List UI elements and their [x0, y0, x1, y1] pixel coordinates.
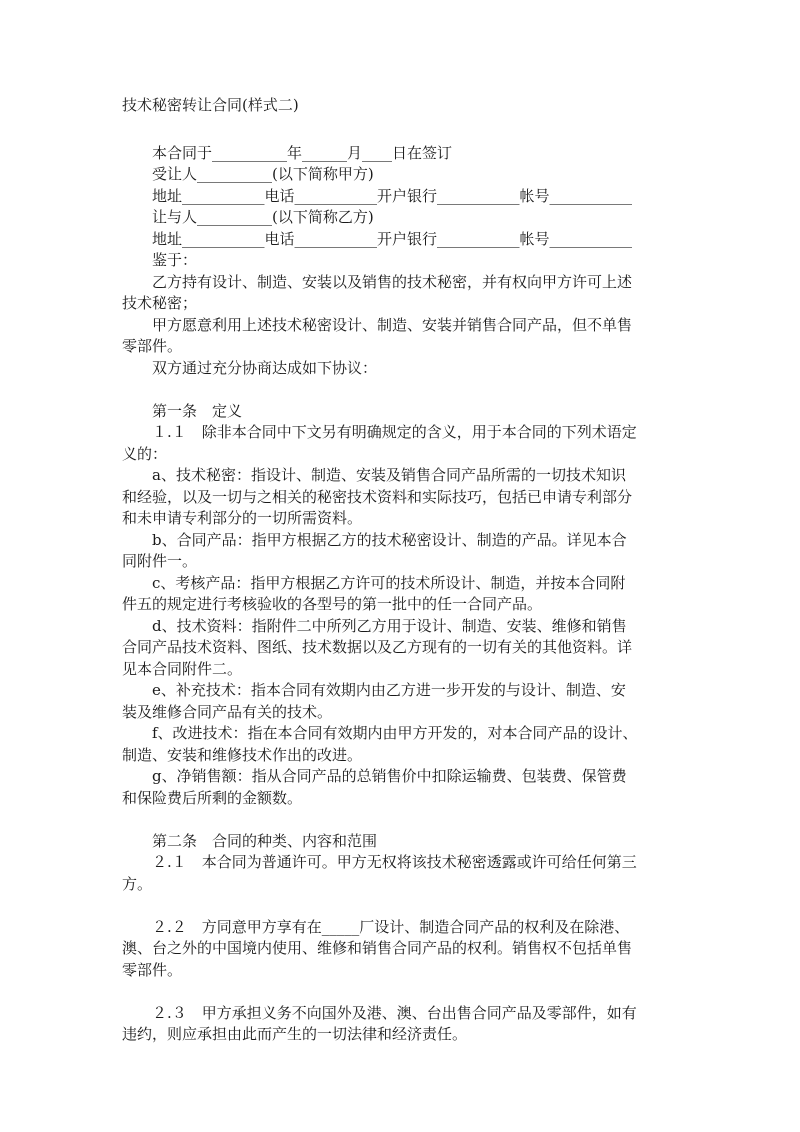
clause-2-1: ２.１ 本合同为普通许可。甲方无权将该技术秘密透露或许可给任何第三方。 [122, 852, 639, 895]
definition-item-b: b、合同产品：指甲方根据乙方的技术秘密设计、制造的产品。详见本合同附件一。 [122, 530, 639, 573]
definition-item-a: a、技术秘密：指设计、制造、安装及销售合同产品所需的一切技术知识和经验，以及一切… [122, 465, 639, 530]
section2-heading: 第二条 合同的种类、内容和范围 [122, 831, 639, 853]
definition-item-d: d、技术资料：指附件二中所列乙方用于设计、制造、安装、维修和销售合同产品技术资料… [122, 616, 639, 681]
intro-line-whereas: 鉴于： [122, 250, 639, 272]
intro-line-transferee: 受让人__________(以下简称甲方) [122, 164, 639, 186]
preamble-agreement-statement: 双方通过充分协商达成如下协议： [122, 358, 639, 380]
intro-line-transferee-address: 地址___________电话___________开户银行__________… [122, 186, 639, 208]
section1-heading: 第一条 定义 [122, 401, 639, 423]
document-title: 技术秘密转让合同(样式二) [122, 95, 639, 117]
intro-line-transferor-address: 地址___________电话___________开户银行__________… [122, 229, 639, 251]
clause-2-3: ２.３ 甲方承担义务不向国外及港、澳、台出售合同产品及零部件，如有违约，则应承担… [122, 1003, 639, 1046]
definition-item-e: e、补充技术：指本合同有效期内由乙方进一步开发的与设计、制造、安装及维修合同产品… [122, 680, 639, 723]
preamble-party-a-recital: 甲方愿意利用上述技术秘密设计、制造、安装并销售合同产品，但不单售零部件。 [122, 315, 639, 358]
preamble-party-b-recital: 乙方持有设计、制造、安装以及销售的技术秘密，并有权向甲方许可上述技术秘密； [122, 272, 639, 315]
contract-document-page: 技术秘密转让合同(样式二) 本合同于__________年______月____… [0, 0, 800, 1132]
definition-item-f: f、改进技术：指在本合同有效期内由甲方开发的，对本合同产品的设计、制造、安装和维… [122, 723, 639, 766]
clause-1-1: １.１ 除非本合同中下文另有明确规定的含义，用于本合同的下列术语定义的： [122, 422, 639, 465]
intro-line-signing-date: 本合同于__________年______月____日在签订 [122, 143, 639, 165]
definition-item-g: g、净销售额：指从合同产品的总销售价中扣除运输费、包装费、保管费和保险费后所剩的… [122, 766, 639, 809]
definition-item-c: c、考核产品：指甲方根据乙方许可的技术所设计、制造，并按本合同附件五的规定进行考… [122, 573, 639, 616]
clause-2-2: ２.２ 方同意甲方享有在_____厂设计、制造合同产品的权利及在除港、澳、台之外… [122, 917, 639, 982]
document-body: 技术秘密转让合同(样式二) 本合同于__________年______月____… [122, 95, 639, 1046]
intro-line-transferor: 让与人__________(以下简称乙方) [122, 207, 639, 229]
